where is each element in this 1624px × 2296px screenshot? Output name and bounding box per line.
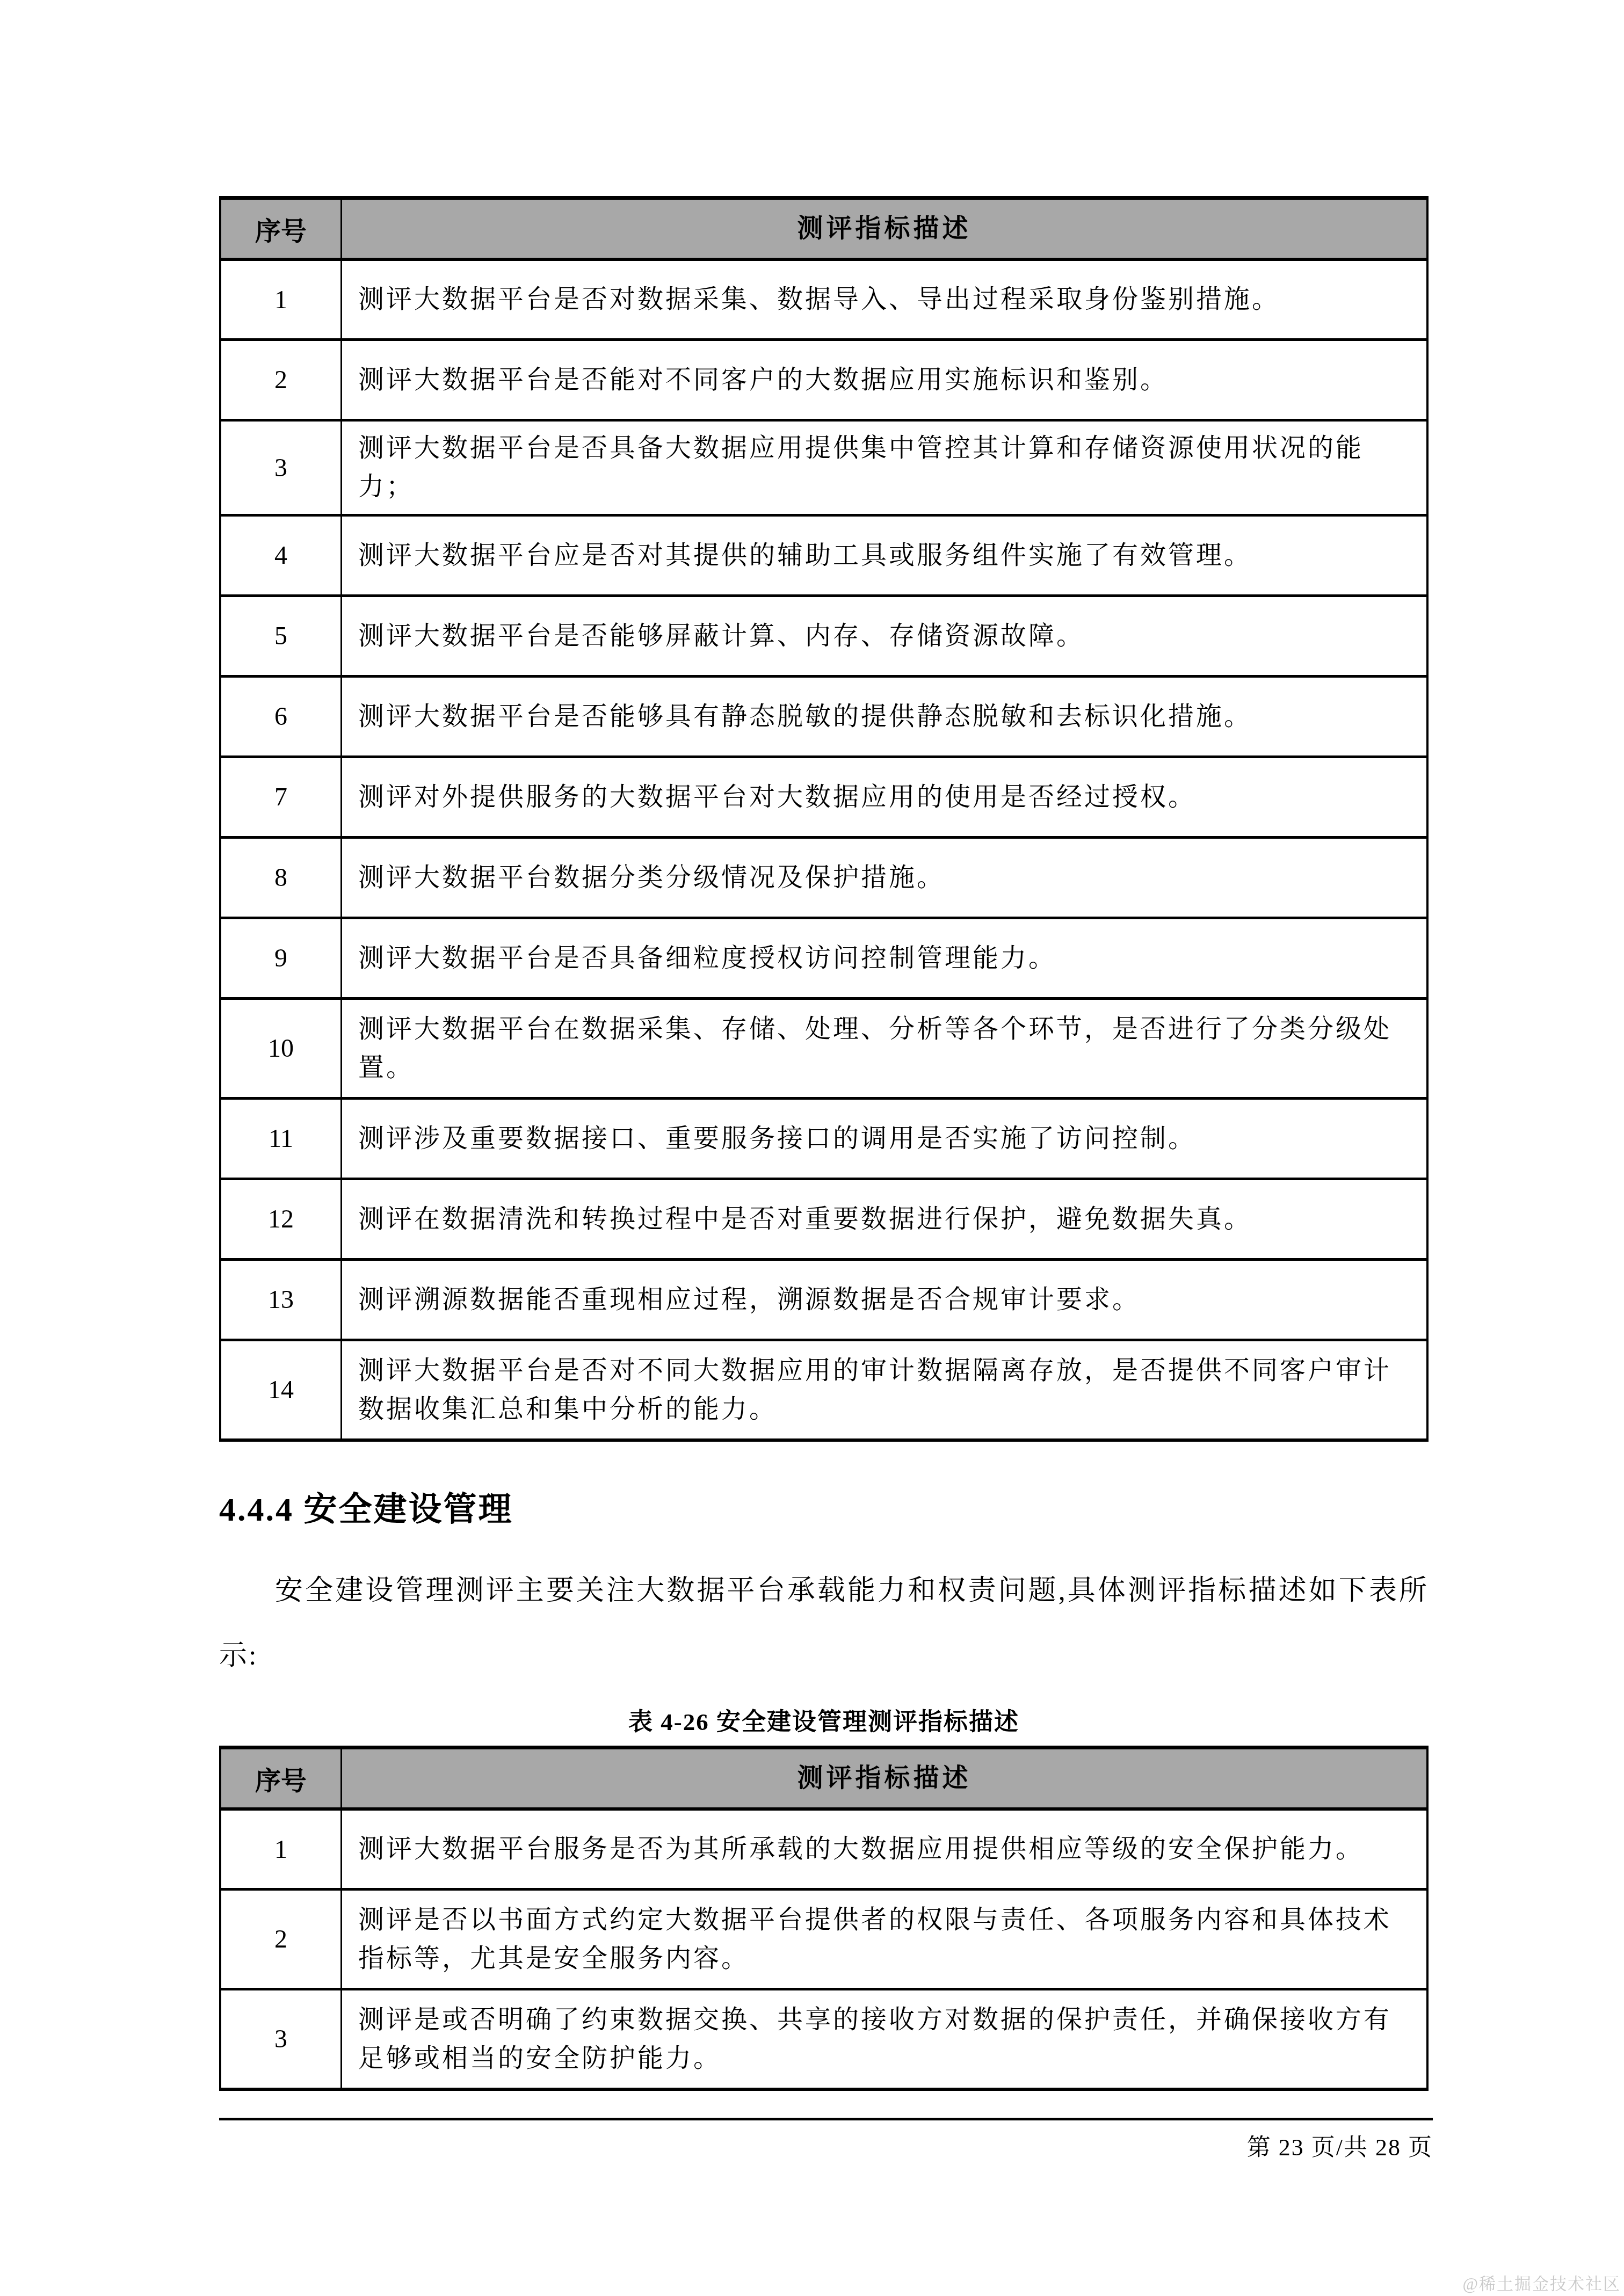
table-2-serial-column-header: 序号 xyxy=(221,1749,342,1807)
row-number: 11 xyxy=(221,1100,342,1178)
row-desc: 测评涉及重要数据接口、重要服务接口的调用是否实施了访问控制。 xyxy=(342,1100,1426,1178)
table-1-desc-column-header: 测评指标描述 xyxy=(342,200,1426,258)
row-number: 1 xyxy=(221,1811,342,1888)
table-row: 11 测评涉及重要数据接口、重要服务接口的调用是否实施了访问控制。 xyxy=(221,1097,1426,1178)
row-number: 7 xyxy=(221,758,342,836)
table-1-header-row: 序号 测评指标描述 xyxy=(221,200,1426,258)
table-2-desc-column-header: 测评指标描述 xyxy=(342,1749,1426,1807)
table-row: 5 测评大数据平台是否能够屏蔽计算、内存、存储资源故障。 xyxy=(221,594,1426,675)
row-desc: 测评大数据平台是否具备细粒度授权访问控制管理能力。 xyxy=(342,919,1426,997)
table-row: 2 测评是否以书面方式约定大数据平台提供者的权限与责任、各项服务内容和具体技术指… xyxy=(221,1888,1426,1988)
row-number: 2 xyxy=(221,1891,342,1988)
table-row: 2 测评大数据平台是否能对不同客户的大数据应用实施标识和鉴别。 xyxy=(221,338,1426,419)
row-desc: 测评大数据平台是否具备大数据应用提供集中管控其计算和存储资源使用状况的能力； xyxy=(342,422,1426,514)
table-row: 12 测评在数据清洗和转换过程中是否对重要数据进行保护，避免数据失真。 xyxy=(221,1178,1426,1258)
row-number: 9 xyxy=(221,919,342,997)
row-desc: 测评大数据平台在数据采集、存储、处理、分析等各个环节，是否进行了分类分级处置。 xyxy=(342,1000,1426,1097)
row-number: 12 xyxy=(221,1180,342,1258)
row-number: 5 xyxy=(221,597,342,675)
section-paragraph: 安全建设管理测评主要关注大数据平台承载能力和权责问题,具体测评指标描述如下表所示… xyxy=(219,1558,1429,1688)
page-content: 序号 测评指标描述 1 测评大数据平台是否对数据采集、数据导入、导出过程采取身份… xyxy=(219,196,1429,2091)
document-page: { "table1": { "headers": ["序号", "测评指标描述"… xyxy=(0,0,1624,2296)
row-desc: 测评大数据平台应是否对其提供的辅助工具或服务组件实施了有效管理。 xyxy=(342,517,1426,594)
row-number: 13 xyxy=(221,1261,342,1339)
row-desc: 测评溯源数据能否重现相应过程，溯源数据是否合规审计要求。 xyxy=(342,1261,1426,1339)
table-row: 1 测评大数据平台是否对数据采集、数据导入、导出过程采取身份鉴别措施。 xyxy=(221,258,1426,338)
row-desc: 测评大数据平台是否能够具有静态脱敏的提供静态脱敏和去标识化措施。 xyxy=(342,678,1426,755)
row-number: 14 xyxy=(221,1341,342,1438)
row-desc: 测评大数据平台是否能够屏蔽计算、内存、存储资源故障。 xyxy=(342,597,1426,675)
row-desc: 测评大数据平台数据分类分级情况及保护措施。 xyxy=(342,839,1426,917)
table-2-header-row: 序号 测评指标描述 xyxy=(221,1749,1426,1807)
table-row: 10 测评大数据平台在数据采集、存储、处理、分析等各个环节，是否进行了分类分级处… xyxy=(221,997,1426,1097)
section-heading: 4.4.4 安全建设管理 xyxy=(219,1483,1429,1530)
table-row: 7 测评对外提供服务的大数据平台对大数据应用的使用是否经过授权。 xyxy=(221,755,1426,836)
row-number: 10 xyxy=(221,1000,342,1097)
table-row: 3 测评大数据平台是否具备大数据应用提供集中管控其计算和存储资源使用状况的能力； xyxy=(221,419,1426,514)
row-desc: 测评对外提供服务的大数据平台对大数据应用的使用是否经过授权。 xyxy=(342,758,1426,836)
page-number: 第 23 页/共 28 页 xyxy=(219,2120,1433,2162)
row-desc: 测评是否以书面方式约定大数据平台提供者的权限与责任、各项服务内容和具体技术指标等… xyxy=(342,1891,1426,1988)
table-1-serial-column-header: 序号 xyxy=(221,200,342,258)
row-desc: 测评是或否明确了约束数据交换、共享的接收方对数据的保护责任，并确保接收方有足够或… xyxy=(342,1990,1426,2088)
table-row: 3 测评是或否明确了约束数据交换、共享的接收方对数据的保护责任，并确保接收方有足… xyxy=(221,1988,1426,2088)
row-desc: 测评大数据平台是否能对不同客户的大数据应用实施标识和鉴别。 xyxy=(342,341,1426,419)
row-number: 3 xyxy=(221,1990,342,2088)
row-number: 2 xyxy=(221,341,342,419)
table-row: 9 测评大数据平台是否具备细粒度授权访问控制管理能力。 xyxy=(221,917,1426,997)
row-number: 4 xyxy=(221,517,342,594)
table-2-caption: 表 4-26 安全建设管理测评指标描述 xyxy=(219,1702,1429,1737)
table-row: 13 测评溯源数据能否重现相应过程，溯源数据是否合规审计要求。 xyxy=(221,1258,1426,1339)
table-row: 14 测评大数据平台是否对不同大数据应用的审计数据隔离存放，是否提供不同客户审计… xyxy=(221,1339,1426,1438)
table-2: 序号 测评指标描述 1 测评大数据平台服务是否为其所承载的大数据应用提供相应等级… xyxy=(219,1746,1429,2091)
footer: 第 23 页/共 28 页 xyxy=(219,2118,1433,2162)
table-row: 1 测评大数据平台服务是否为其所承载的大数据应用提供相应等级的安全保护能力。 xyxy=(221,1807,1426,1888)
row-desc: 测评大数据平台是否对数据采集、数据导入、导出过程采取身份鉴别措施。 xyxy=(342,261,1426,338)
table-row: 4 测评大数据平台应是否对其提供的辅助工具或服务组件实施了有效管理。 xyxy=(221,514,1426,594)
row-desc: 测评大数据平台是否对不同大数据应用的审计数据隔离存放，是否提供不同客户审计数据收… xyxy=(342,1341,1426,1438)
table-row: 6 测评大数据平台是否能够具有静态脱敏的提供静态脱敏和去标识化措施。 xyxy=(221,675,1426,755)
row-number: 1 xyxy=(221,261,342,338)
table-1: 序号 测评指标描述 1 测评大数据平台是否对数据采集、数据导入、导出过程采取身份… xyxy=(219,196,1429,1442)
row-desc: 测评在数据清洗和转换过程中是否对重要数据进行保护，避免数据失真。 xyxy=(342,1180,1426,1258)
row-desc: 测评大数据平台服务是否为其所承载的大数据应用提供相应等级的安全保护能力。 xyxy=(342,1811,1426,1888)
table-row: 8 测评大数据平台数据分类分级情况及保护措施。 xyxy=(221,836,1426,917)
row-number: 8 xyxy=(221,839,342,917)
row-number: 3 xyxy=(221,422,342,514)
watermark: @稀土掘金技术社区 xyxy=(1462,2270,1621,2294)
row-number: 6 xyxy=(221,678,342,755)
